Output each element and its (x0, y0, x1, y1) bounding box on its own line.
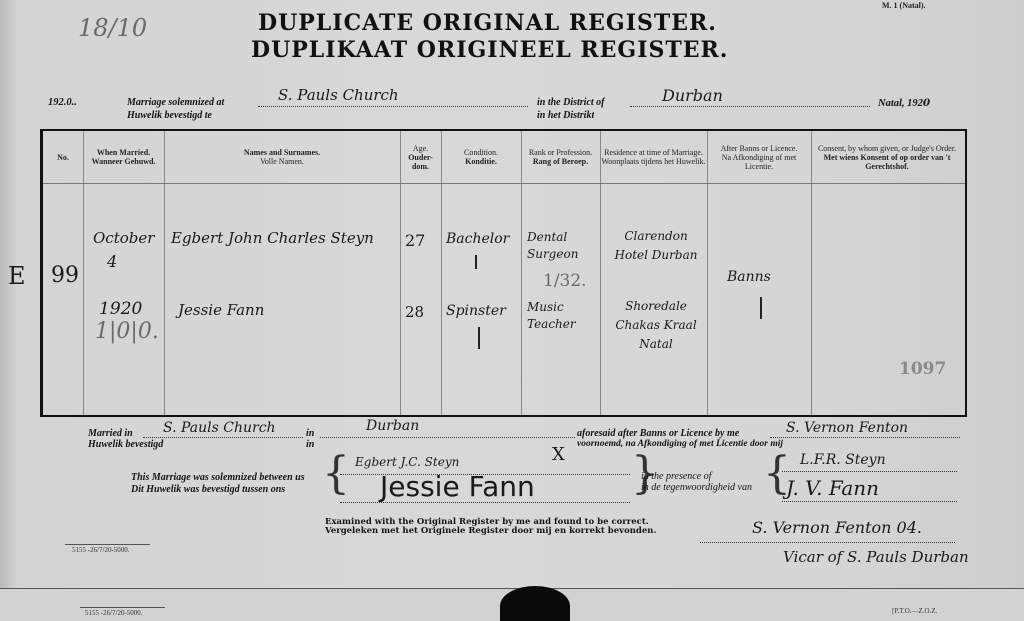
header-condition: Condition.Konditie. (441, 131, 521, 183)
groom-age: 27 (405, 231, 425, 250)
groom-name: Egbert John Charles Steyn (171, 229, 374, 247)
witness2-line (782, 501, 957, 502)
groom-signature: Egbert J.C. Steyn (355, 455, 459, 469)
shadow-blot (500, 586, 570, 621)
side-mark: E (8, 262, 26, 290)
when-married-month: October (93, 229, 154, 247)
examined-af: Vergeleken met het Originele Register do… (325, 526, 656, 536)
aforesaid-en: aforesaid after Banns or Licence by me (577, 428, 739, 439)
title-english: DUPLICATE ORIGINAL REGISTER. (258, 10, 717, 36)
officiant-name: S. Vernon Fenton (786, 420, 908, 436)
bride-name: Jessie Fann (178, 301, 264, 319)
pencil-code-profession: 1/32. (543, 271, 587, 291)
entry-number: 99 (51, 263, 79, 288)
solemnized-label-en: Marriage solemnized at (127, 97, 224, 108)
in-dotted-line (320, 437, 575, 438)
pencil-code-date: 1|0|0. (95, 319, 159, 344)
married-in-value: S. Pauls Church (163, 420, 276, 436)
header-consent: Consent, by whom given, or Judge's Order… (811, 131, 963, 183)
married-in-dotted-line (143, 437, 303, 438)
examiner-line (700, 542, 955, 543)
in-value: Durban (366, 418, 419, 434)
in-label: in (306, 428, 314, 439)
natal-year-label: Natal, 1920 (878, 97, 930, 109)
ditto-mark (475, 255, 477, 269)
solemnized-label-af: Huwelik bevestigd te (127, 110, 212, 121)
header-no: No. (43, 131, 83, 183)
presence-af: in de tegenwoordigheid van (641, 482, 752, 493)
groom-residence: Clarendon Hotel Durban (608, 227, 704, 265)
witness1-signature: L.F.R. Steyn (800, 452, 886, 468)
header-divider (43, 183, 965, 184)
header-age: Age.Ouder-dom. (400, 131, 441, 183)
witness1-line (782, 471, 957, 472)
district-dotted-line (630, 106, 870, 107)
banns-value: Banns (727, 269, 771, 285)
print-code-2: 5155 -26/7/20-5000. (85, 609, 143, 617)
register-page: M. 1 (Natal). 18/10 DUPLICATE ORIGINAL R… (0, 0, 1024, 621)
header-names: Names and Surnames.Volle Namen. (164, 131, 400, 183)
groom-profession: Dental Surgeon (527, 229, 597, 263)
between-en: This Marriage was solemnized between us (131, 472, 305, 483)
when-married-day: 4 (107, 252, 117, 271)
pencil-note: 18/10 (78, 14, 147, 42)
between-af: Dit Huwelik was bevestigd tussen ons (131, 484, 285, 495)
stamp-number: 1097 (899, 359, 946, 379)
bride-age: 28 (405, 303, 424, 321)
bride-condition: Spinster (446, 303, 506, 319)
header-profession: Rank or Profession.Rang of Beroep. (521, 131, 600, 183)
bride-signature: Jessie Fann (380, 470, 535, 503)
print-code: 5155 -26/7/20-5000. (72, 546, 130, 554)
print-rule (65, 544, 150, 545)
witness2-signature: J. V. Fann (786, 476, 879, 500)
register-table: No. When Married.Wanneer Gehuwd. Names a… (40, 129, 967, 417)
natal-year-suffix: 0 (923, 97, 930, 109)
married-in-label-en: Married in (88, 428, 133, 439)
print-rule (80, 607, 165, 608)
solemnized-place: S. Pauls Church (278, 86, 399, 104)
district-label-en: in the District of (537, 97, 605, 108)
ditto-mark (478, 327, 480, 349)
title-afrikaans: DUPLIKAAT ORIGINEEL REGISTER. (251, 37, 728, 63)
ditto-mark (760, 297, 762, 319)
form-reference: M. 1 (Natal). (882, 1, 926, 10)
pto-note: [P.T.O.—Z.O.Z. (892, 607, 937, 615)
header-banns: After Banns or Licence.Na Afkondiging of… (707, 131, 811, 183)
examiner-title: Vicar of S. Pauls Durban (783, 548, 969, 566)
aforesaid-af: voornoemd, na Afkondiging of met Licenti… (577, 439, 783, 449)
groom-condition: Bachelor (446, 231, 509, 247)
year-prefix: 192.0.. (48, 97, 77, 108)
examiner-signature: S. Vernon Fenton 04. (752, 518, 922, 537)
header-when-married: When Married.Wanneer Gehuwd. (83, 131, 164, 183)
in-label-af: in (306, 439, 314, 450)
bride-profession: Music Teacher (527, 299, 597, 333)
signature-x-mark: X (552, 444, 565, 465)
when-married-year: 1920 (99, 299, 142, 319)
district-value: Durban (662, 86, 723, 105)
natal-label: Natal, 192 (878, 98, 923, 109)
officiant-dotted-line (770, 437, 960, 438)
solemnized-dotted-line (258, 106, 528, 107)
district-label-af: in het Distrikt (537, 110, 594, 121)
presence-en: in the presence of (641, 471, 711, 482)
married-in-label-af: Huwelik bevestigd (88, 439, 163, 450)
header-residence: Residence at time of Marriage.Woonplaats… (600, 131, 707, 183)
bride-residence: Shoredale Chakas Kraal Natal (608, 297, 704, 354)
